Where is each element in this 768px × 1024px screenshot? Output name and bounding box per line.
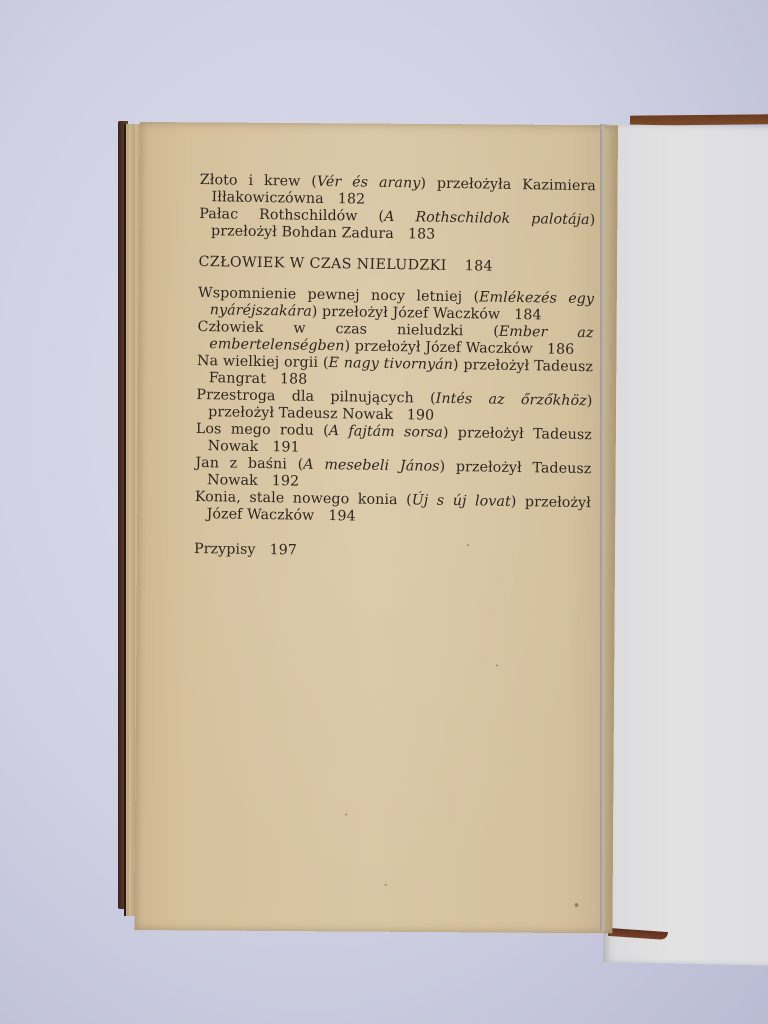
entry-original-title: A fajtám sorsa: [329, 423, 443, 441]
paper-speck: [496, 665, 498, 667]
entry-title: Pałac Rothschildów: [199, 206, 357, 224]
entry-page-number: 194: [328, 508, 356, 524]
toc-entry: Pałac Rothschildów (A Rothschildok palot…: [199, 206, 595, 246]
entry-translator: przełożył Tadeusz Nowak: [208, 404, 393, 423]
entry-original-title: Új s új lovat: [412, 492, 511, 510]
entry-title: Konia, stale nowego konia: [195, 489, 398, 508]
book-gutter: [600, 124, 604, 932]
entry-original-title: A Rothschildok palotája: [384, 209, 590, 228]
paper-speck: [575, 903, 579, 907]
entry-original-title: Vér és arany: [317, 174, 421, 192]
entry-page-number: 183: [408, 226, 436, 242]
entry-page-number: 191: [272, 439, 300, 455]
entry-translator: przełożył Bohdan Zadura: [211, 223, 394, 242]
footnotes-label: Przypisy: [194, 541, 256, 558]
entry-translator: przełożył Józef Waczków: [355, 338, 533, 357]
entry-title: Złoto i krew: [200, 172, 301, 190]
paper-speck: [385, 884, 387, 886]
entry-page-number: 182: [338, 191, 366, 207]
right-page-blank: [603, 124, 768, 966]
entry-translator: przełożył Józef Waczków: [322, 304, 500, 323]
section-heading: CZŁOWIEK W CZAS NIELUDZKI184: [198, 254, 594, 277]
entry-title: Na wielkiej orgii: [197, 353, 318, 371]
entry-original-title: E nagy tivornyán: [328, 355, 453, 373]
entry-page-number: 188: [280, 371, 308, 387]
entry-page-number: 190: [407, 407, 435, 423]
entry-title: Przestroga dla pilnujących: [196, 387, 414, 406]
entry-page-number: 184: [514, 307, 542, 323]
section-page-number: 184: [465, 258, 494, 274]
entry-title: Jan z baśni: [195, 455, 287, 472]
toc-group-1: Złoto i krew (Vér és arany) przełożyła K…: [199, 172, 596, 246]
section-title: CZŁOWIEK W CZAS NIELUDZKI: [198, 254, 446, 274]
entry-title: Los mego rodu: [196, 421, 314, 439]
entry-page-number: 186: [547, 341, 575, 357]
toc-group-2: Wspomnienie pewnej nocy letniej (Emlékez…: [194, 285, 594, 529]
entry-original-title: A mesebeli János: [303, 457, 439, 475]
toc-entry: Konia, stale nowego konia (Új s új lovat…: [194, 489, 590, 529]
paper-speck: [345, 813, 347, 815]
table-of-contents: Złoto i krew (Vér és arany) przełożyła K…: [194, 172, 596, 564]
entry-original-title: Intés az őrzőkhöz: [436, 391, 587, 409]
entry-page-number: 192: [272, 473, 300, 489]
footnotes-page-number: 197: [269, 542, 297, 558]
